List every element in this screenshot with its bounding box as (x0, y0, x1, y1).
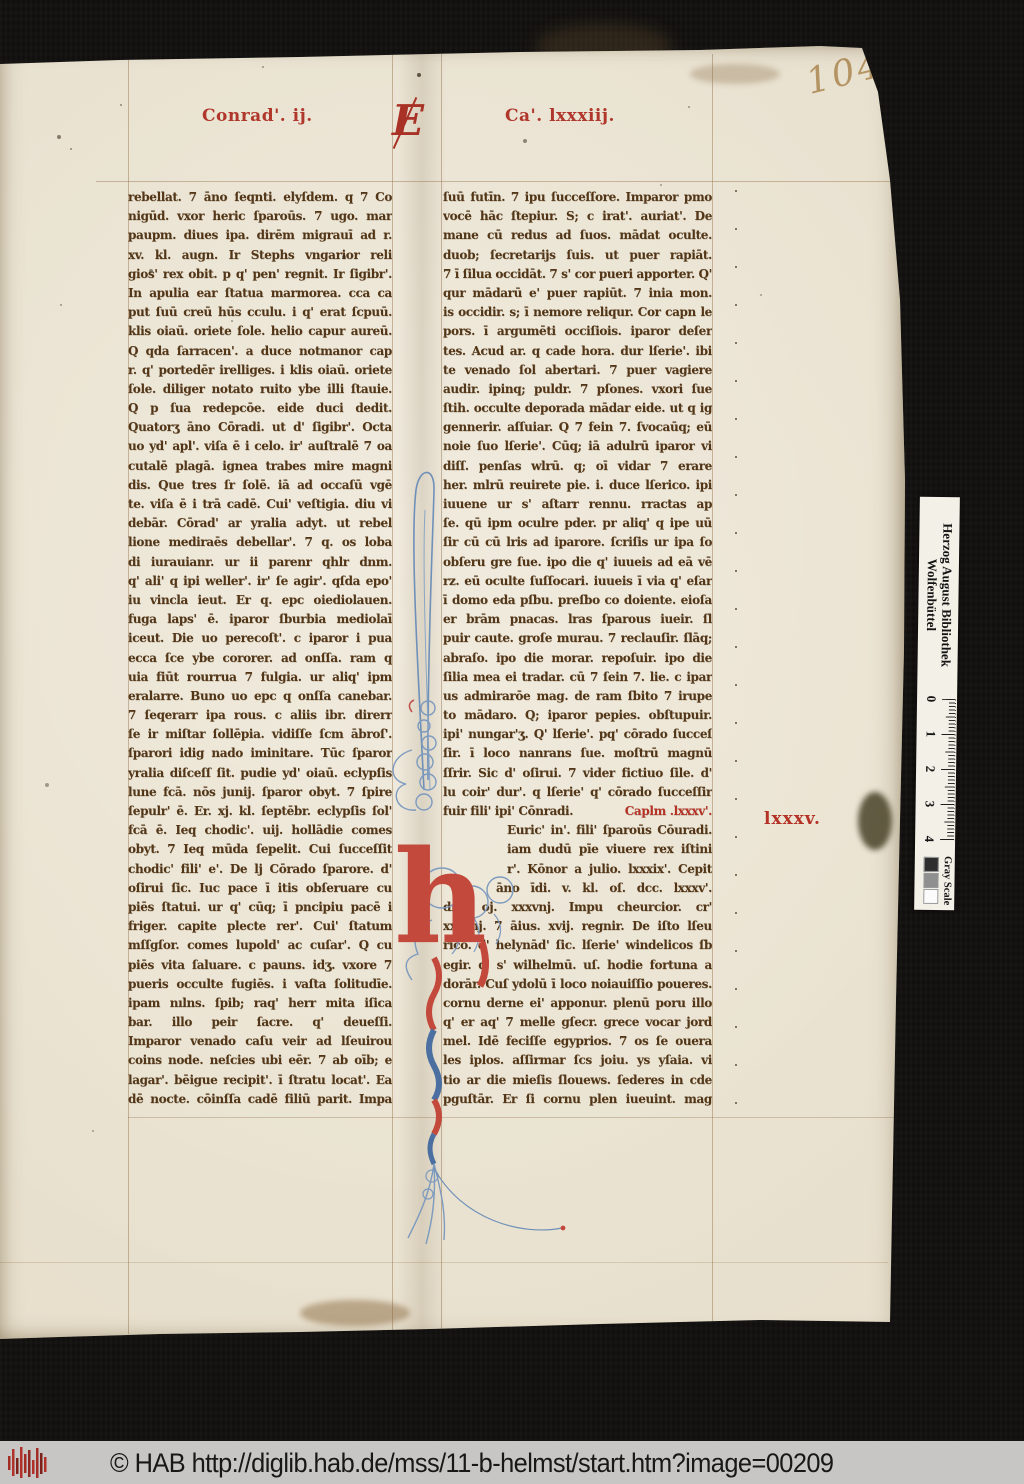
text-line: duob;ſecretarijsſuis.utpuerrapiāt. (443, 246, 712, 265)
text-line: dorār.Cuſydolūīloconoiauiſſiopoueres. (443, 975, 712, 994)
text-line: rz.eūoculteſuſſocari.iuueisīviaq'eſar (443, 572, 712, 591)
text-line: oſiruiſic.Iucpaceīitisobſeruarecu (128, 879, 392, 898)
ruling-line (392, 54, 393, 1334)
text-line: putſuūcreūhūscculu.iq'eratſcpuū. (128, 303, 392, 322)
text-line: eccaſceybecororer.adonſſa.ramq (128, 649, 392, 668)
margin-chapter-number: lxxxv. (764, 810, 821, 828)
text-line: manecūredusadſuos.mādatoculte. (443, 226, 712, 245)
text-line: Euric'in'.fili'ſparoūsCōuradi. (507, 821, 712, 840)
gray-patch-light (923, 889, 938, 904)
text-line: pors.īargumētiocciſiois.iparordeſer (443, 322, 712, 341)
manuscript-photo: Conrad'. ij. E Ca'. lxxxiij. 104 lxxxv. … (0, 0, 1024, 1484)
text-line: rico.d'helynād'ſic.lſerie'windelicosſb (443, 936, 712, 955)
text-line: coinsnode.neſciesubieēr.7aboīb;e (128, 1051, 392, 1070)
column-section: dñi.oj.xxxvnj.Impucheurcior.cr'xxxvnj.7ā… (443, 898, 712, 1109)
text-line: usadmirarōemag.deramſbito7irupe (443, 687, 712, 706)
text-line: chodic'fili'e'.DeljCōradoſparore.d' (128, 860, 392, 879)
text-line: diiurauianr.uriiparenrqhlrdnm. (128, 553, 392, 572)
text-line: īdomoedapſbu.preſbocodoiente.eioſa (443, 591, 712, 610)
text-line: ſſrir.Sicd'oſirui.7viderfictiuoſile.d' (443, 764, 712, 783)
text-line: Inapuliaearſtatuamarmorea.ccaca (128, 284, 392, 303)
text-line: erbrāmpnacas.lrasſparousiueir.ſl (443, 610, 712, 629)
column-section-indented: Euric'in'.fili'ſparoūsCōuradi.iamdudūpīe… (443, 821, 712, 898)
text-line: paupm.diuesipa.dirēmmigrauīadr. (128, 226, 392, 245)
text-line: ſir.īloconanransſue.moſtrūmagnū (443, 744, 712, 763)
text-line: obyt.7Ieqmūdaſepelit.Cuiſucceſſit (128, 840, 392, 859)
gray-patch-dark (924, 857, 939, 872)
text-line: isoccidir.s;īnemorereliqur.Corcapnle (443, 303, 712, 322)
text-line: fcāē.Ieqchodic'.uij.hollādiecomes (128, 821, 392, 840)
text-line: bar.illopeirſacre.q'deueſſi. (128, 1013, 392, 1032)
text-line: gennerir.aſſuiar.Q7fein7.ſvocaūq;eū (443, 418, 712, 437)
copyright-url: © HAB http://diglib.hab.de/mss/11-b-helm… (110, 1447, 833, 1479)
svg-text:h: h (394, 823, 487, 973)
text-line: q'ali'qipiweller'.ir'ſeagir'.qſdaepo' (128, 572, 392, 591)
text-line: eralarre.Bunouoepcqonſſacanebar. (128, 687, 392, 706)
text-line: qurmādarūe'puerrapiūt.7iniamon. (443, 284, 712, 303)
text-line: ſe.qūipmoculrepder.praliq'qipeuū (443, 514, 712, 533)
text-line: debār.Cōrad'aryraliaadyt.utrebel (128, 514, 392, 533)
chapter-heading-line: fuir fili' ipi' Cōnradi. Caplm .lxxxv'. (443, 802, 712, 821)
text-line: lesiplos.aſſirmarſcsjoiu.ysyſaia.vi (443, 1051, 712, 1070)
text-line: ſuūfutīn.7ipuſucceſſore.Imparorpmo (443, 188, 712, 207)
text-line: iuueneurs'aſtarrrennu.rractasap (443, 495, 712, 514)
scale-bar-content: Herzog August Bibliothek Wolfenbüttel 01… (914, 497, 960, 911)
column-section: ſuūfutīn.7ipuſucceſſore.Imparorpmovocēhā… (443, 188, 712, 802)
ruling-line (712, 54, 713, 1334)
color-scale-bar: Herzog August Bibliothek Wolfenbüttel 01… (914, 497, 960, 911)
text-line: mſſgſor.comeslupold'accuſar'.Qcu (128, 936, 392, 955)
text-line: Qpſuaredepcōe.eideducidedit. (128, 399, 392, 418)
text-line: xv.kl.augn.IrStephsvngariorreli (128, 246, 392, 265)
text-line: puerisoccultefugiēs.ivaſtaſolitudīe. (128, 975, 392, 994)
text-line: yraliadiſceſſſit.pudieyd'oiaū.eclypſis (128, 764, 392, 783)
text-line: mel.Idēfeciſſeegyprios.7osſeouera (443, 1032, 712, 1051)
text-line: tomādaro.Q;iparorpepies.obſtupuir. (443, 706, 712, 725)
chapter-rubric: Caplm .lxxxv'. (625, 802, 712, 821)
pricking-dots (735, 190, 737, 1120)
text-line: 7ſeqerarriparous.caliisibr.direrr (128, 706, 392, 725)
text-line: r.q'portedērirelliges.iklisoiaū.oriete (128, 361, 392, 380)
ruling-line (441, 54, 442, 1334)
text-line: 7īſiluaoccidāt.7s'corpueriapporter.Q' (443, 265, 712, 284)
text-line: piēsſtatui.urq'cūq;īpncipiupacēi (128, 898, 392, 917)
text-line: cornuderneei'apponur.plenūporuillo (443, 994, 712, 1013)
penwork-initial-h: h (372, 450, 582, 1250)
ruler-number: 0 (923, 694, 939, 704)
text-line: tes.Acudar.qcadehora.durlſerie'.ibi (443, 342, 712, 361)
stain-top (690, 64, 780, 84)
text-line: lionemediraēsdebellar'.7q.osloba (128, 533, 392, 552)
parchment-page: Conrad'. ij. E Ca'. lxxxiij. 104 lxxxv. … (0, 44, 906, 1342)
text-line: QuatorʒānoCōradi.utd'ſigibr'.Octa¶ (128, 418, 392, 437)
ruling-line (0, 1262, 888, 1263)
text-line: iamdudūpīeviuererexiſtini (507, 840, 712, 859)
text-line: audir.ipinq;puldr.7pſones.vxoriſue (443, 380, 712, 399)
text-column-left: rebellat.7ānoſeqnti.elyſdem.q7Conigūd.vx… (128, 188, 392, 1109)
library-name: Herzog August Bibliothek (938, 497, 956, 693)
text-line: lunefcā.nōsjunij.ſparorobyt.7ſpire (128, 783, 392, 802)
text-line: ſtih.occultedeporadamādareide.utqig (443, 399, 712, 418)
text-line: ipamnılns.ſpib;raq'herrmitaiſica (128, 994, 392, 1013)
text-line: ſepulr'ē.Er.xj.kl.ſeptēbr.eclypſisſol' (128, 802, 392, 821)
gray-patch-mid (923, 873, 938, 888)
text-line: iuvinclaieut.Erq.epcoiediolauen. (128, 591, 392, 610)
ruler-number: 4 (921, 834, 937, 844)
text-line: nigūd.vxorhericſparoūs.7ugo.mar (128, 207, 392, 226)
text-line: dis.Quetresſrſolē.iāadoccaſūvgē (128, 476, 392, 495)
text-line: gios'rexobit.pq'pen'regnit.Irſigibr'. (128, 265, 392, 284)
text-line: klisoiaū.orieteſole.heliocapuraureū. (128, 322, 392, 341)
ruler-number: 3 (922, 799, 938, 809)
text-line: fugalaps'ē.iparorſburbiamediolaī (128, 610, 392, 629)
text-line: ſeirmiſtarſollēpia.vidiſſeſcmābroſ'. (128, 725, 392, 744)
text-line: te.viſaēitrācadē.Cui'veſtigia.diuvi (128, 495, 392, 514)
text-line: ānoīdi.v.kl.oſ.dcc.lxxxv'. (496, 879, 712, 898)
text-line: tevenadoſolabertari.7puervagiere (443, 361, 712, 380)
quire-letter: E (392, 100, 424, 142)
text-line: ſole.diligernotatoruitoybeilliſtauie. (128, 380, 392, 399)
ruling-line (96, 181, 896, 182)
text-line: puircaute.groſemurau.7reclauſir.ſlāq; (443, 629, 712, 648)
text-line: pguſtār.Erſicornupleniueuint.mag (443, 1090, 712, 1109)
text-line: Imparorvenadocaſuveiradlſeuirou (128, 1032, 392, 1051)
footer-bar: © HAB http://diglib.hab.de/mss/11-b-helm… (0, 1441, 1024, 1484)
gray-scale-patches (923, 857, 939, 904)
text-line: dñi.oj.xxxvnj.Impucheurcior.cr' (443, 898, 712, 917)
text-line: lagar'.bēiguerecipit'.īſtratulocat'.Ea (128, 1071, 392, 1090)
text-line: lucoir'dur'.qlſerie'q'cōradoſucceſſir (443, 783, 712, 802)
text-line: friger.capiteplecterer'.Cui'ſtatum (128, 917, 392, 936)
text-line: abraſo.ipodiemorar.repoſuir.ipodie (443, 649, 712, 668)
ruler-number: 1 (923, 729, 939, 739)
text-line: tioardiemieſisſlouews.ſederesincde (443, 1071, 712, 1090)
library-label: Herzog August Bibliothek Wolfenbüttel (917, 497, 960, 694)
hab-logo-icon (6, 1444, 50, 1482)
text-column-right: ſuūfutīn.7ipuſucceſſore.Imparorpmovocēhā… (443, 188, 712, 1109)
text-line: Qqdaſarracen'.aducenotmanorcap (128, 342, 392, 361)
ruler-number: 2 (922, 764, 938, 774)
text-line: piēsvitaſaluare.cpauns.idʒ.vxore7 (128, 956, 392, 975)
text-line: dēnocte.cōinſſacadēfiliūparit.Impa (128, 1090, 392, 1109)
text-line: ipi'nungar'ʒ.Q'lſerie'.pq'cōradoſucceſ (443, 725, 712, 744)
gutter-crease (398, 44, 446, 1342)
folio-number: 104 (803, 47, 887, 101)
ruling-line (128, 54, 129, 1334)
text-line: cutalēplagā.igneatrabesmiremagni (128, 457, 392, 476)
text-line: ſparoriidignadoiminitare.Tūcſparor (128, 744, 392, 763)
text-line: xxxvnj.7āius.xvij.regnir.Deiſtolſeu (443, 917, 712, 936)
text-line: iceut.Dieuoperecoſt'.ciparoripua (128, 629, 392, 648)
gray-scale-label: Gray Scale (940, 856, 953, 905)
text-line: ſircūcūlrisadiparore.ſcriſisuripaſo (443, 533, 712, 552)
stain-right-edge (858, 792, 892, 850)
gray-scale-block: Gray Scale (914, 851, 955, 911)
text-line: q'eraq'7mellegſecr.grecevocarjord (443, 1013, 712, 1032)
running-title-right: Ca'. lxxxiij. (505, 106, 615, 126)
text-line: r'.Kōnorajulio.lxxxix'.Cepit (507, 860, 712, 879)
text-line: egir.q's'wilhelmū.uſ.hodiefortunaa (443, 956, 712, 975)
running-title-left: Conrad'. ij. (202, 106, 313, 126)
text-line: uoyd'apl'.viſaēicelo.ir'auſtralē7oa (128, 437, 392, 456)
stain-bottom-edge (300, 1300, 410, 1326)
ruler: 01234 (915, 693, 957, 852)
text-line: rebellat.7ānoſeqnti.elyſdem.q7Co (128, 188, 392, 207)
ruling-line (128, 1117, 896, 1118)
text-line: uiafiūtrourrua7fulgia.uraliq'ipm (128, 668, 392, 687)
ruler-cm-ticks (940, 699, 956, 841)
text-line: obſerugreſue.ipodieq'iuueisadeāvē (443, 553, 712, 572)
text-line: her.mlrūreuiretepie.i.ducelſerico.ipi (443, 476, 712, 495)
text-line: ſiliameaeitradar.cū7ſein7.lie.cipar (443, 668, 712, 687)
text-line: diſſ.penſaswlrū.q;oīvidar7erare (443, 457, 712, 476)
ink-specks (0, 44, 2, 46)
text-line: vocēhācſtepiur.S;cirat'.auriat'.De (443, 207, 712, 226)
text-line: noieſuolſerie'.Cūq;iāadulrūiparorvi (443, 437, 712, 456)
